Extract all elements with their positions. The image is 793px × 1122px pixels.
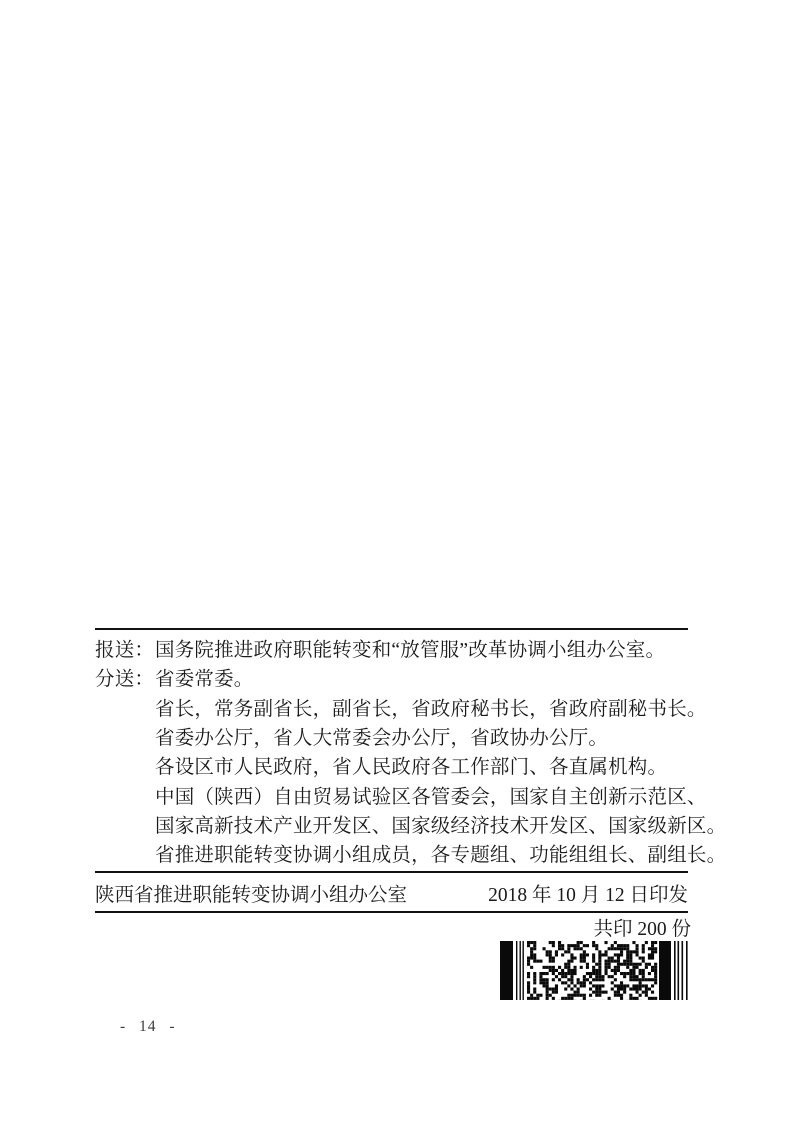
distribution-row: 中国（陕西）自由贸易试验区各管委会，国家自主创新示范区、 — [95, 783, 715, 812]
distribution-row-text: 省长，常务副省长，副省长，省政府秘书长，省政府副秘书长。 — [155, 699, 707, 720]
divider-top — [95, 628, 688, 630]
distribution-row: 国家高新技术产业开发区、国家级经济技术开发区、国家级新区。 — [95, 812, 715, 841]
print-date: 2018 年 10 月 12 日印发 — [488, 881, 688, 910]
print-copies: 共印 200 份 — [95, 918, 691, 941]
distribution-row: 报送： 国务院推进政府职能转变和“放管服”改革协调小组办公室。 — [95, 636, 715, 665]
distribution-row: 分送： 省委常委。 — [95, 665, 715, 694]
document-page: 报送： 国务院推进政府职能转变和“放管服”改革协调小组办公室。 分送： 省委常委… — [0, 0, 793, 1122]
issuing-office: 陕西省推进职能转变协调小组办公室 — [95, 881, 407, 910]
distribution-row-text: 中国（陕西）自由贸易试验区各管委会，国家自主创新示范区、 — [155, 787, 707, 808]
page-number: - 14 - — [120, 1018, 176, 1036]
distribution-row-text: 省委办公厅，省人大常委会办公厅，省政协办公厅。 — [155, 728, 608, 749]
distribution-row-label: 分送： — [95, 665, 154, 694]
divider-middle — [95, 871, 688, 873]
distribution-row-text: 各设区市人民政府，省人民政府各工作部门、各直属机构。 — [155, 757, 667, 778]
distribution-row-text: 国务院推进政府职能转变和“放管服”改革协调小组办公室。 — [155, 640, 665, 661]
distribution-row-text: 省委常委。 — [155, 669, 254, 690]
distribution-row: 省委办公厅，省人大常委会办公厅，省政协办公厅。 — [95, 724, 715, 753]
distribution-row-text: 国家高新技术产业开发区、国家级经济技术开发区、国家级新区。 — [155, 816, 726, 837]
distribution-row: 各设区市人民政府，省人民政府各工作部门、各直属机构。 — [95, 753, 715, 782]
distribution-row-text: 省推进职能转变协调小组成员，各专题组、功能组组长、副组长。 — [155, 845, 726, 866]
barcode-image — [500, 941, 692, 1000]
divider-bottom — [95, 911, 688, 913]
distribution-list: 报送： 国务院推进政府职能转变和“放管服”改革协调小组办公室。 分送： 省委常委… — [95, 636, 715, 871]
distribution-row: 省长，常务副省长，副省长，省政府秘书长，省政府副秘书长。 — [95, 695, 715, 724]
colophon-row: 陕西省推进职能转变协调小组办公室 2018 年 10 月 12 日印发 — [95, 881, 688, 910]
distribution-row-label: 报送： — [95, 636, 154, 665]
distribution-row: 省推进职能转变协调小组成员，各专题组、功能组组长、副组长。 — [95, 841, 715, 870]
